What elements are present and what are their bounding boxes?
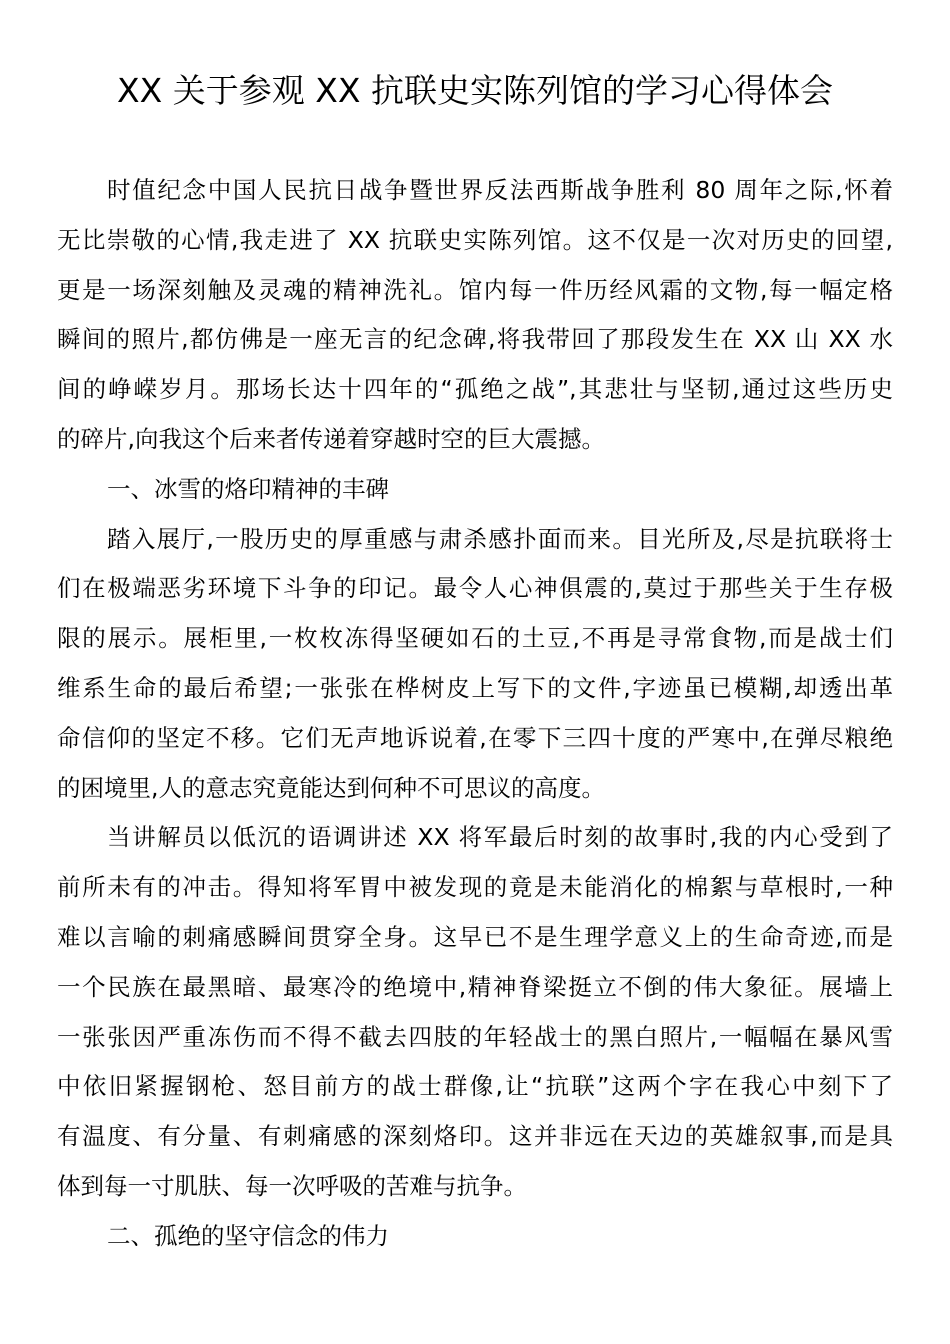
section-heading-2: 二、孤绝的坚守信念的伟力 bbox=[57, 1212, 893, 1262]
text-line: 命信仰的坚定不移。它们无声地诉说着,在零下三四十度的严寒中,在弹尽粮绝 bbox=[57, 714, 893, 764]
text-line: 限的展示。展柜里,一枚枚冻得坚硬如石的土豆,不再是寻常食物,而是战士们 bbox=[57, 614, 893, 664]
text-line: 们在极端恶劣环境下斗争的印记。最令人心神俱震的,莫过于那些关于生存极 bbox=[57, 564, 893, 614]
text-line: 有温度、有分量、有刺痛感的深刻烙印。这并非远在天边的英雄叙事,而是具 bbox=[57, 1112, 893, 1162]
text-line: 体到每一寸肌肤、每一次呼吸的苦难与抗争。 bbox=[57, 1162, 893, 1212]
paragraph-intro: 时值纪念中国人民抗日战争暨世界反法西斯战争胜利 80 周年之际,怀着 无比崇敬的… bbox=[57, 166, 893, 465]
text-line: 维系生命的最后希望;一张张在桦树皮上写下的文件,字迹虽已模糊,却透出革 bbox=[57, 664, 893, 714]
text-line: 无比崇敬的心情,我走进了 XX 抗联史实陈列馆。这不仅是一次对历史的回望, bbox=[57, 216, 893, 266]
text-line: 一个民族在最黑暗、最寒冷的绝境中,精神脊梁挺立不倒的伟大象征。展墙上 bbox=[57, 963, 893, 1013]
document-title: XX 关于参观 XX 抗联史实陈列馆的学习心得体会 bbox=[0, 66, 950, 116]
text-line: 难以言喻的刺痛感瞬间贯穿全身。这早已不是生理学意义上的生命奇迹,而是 bbox=[57, 913, 893, 963]
text-line: 的困境里,人的意志究竟能达到何种不可思议的高度。 bbox=[57, 764, 893, 814]
text-line: 踏入展厅,一股历史的厚重感与肃杀感扑面而来。目光所及,尽是抗联将士 bbox=[57, 515, 893, 565]
text-line: 的碎片,向我这个后来者传递着穿越时空的巨大震撼。 bbox=[57, 415, 893, 465]
document-body: 时值纪念中国人民抗日战争暨世界反法西斯战争胜利 80 周年之际,怀着 无比崇敬的… bbox=[57, 166, 893, 1262]
text-line: 一张张因严重冻伤而不得不截去四肢的年轻战士的黑白照片,一幅幅在暴风雪 bbox=[57, 1013, 893, 1063]
paragraph-general-story: 当讲解员以低沉的语调讲述 XX 将军最后时刻的故事时,我的内心受到了 前所未有的… bbox=[57, 813, 893, 1211]
paragraph-exhibit: 踏入展厅,一股历史的厚重感与肃杀感扑面而来。目光所及,尽是抗联将士 们在极端恶劣… bbox=[57, 515, 893, 814]
text-line: 中依旧紧握钢枪、怒目前方的战士群像,让“抗联”这两个字在我心中刻下了 bbox=[57, 1062, 893, 1112]
text-line: 更是一场深刻触及灵魂的精神洗礼。馆内每一件历经风霜的文物,每一幅定格 bbox=[57, 266, 893, 316]
document-page: XX 关于参观 XX 抗联史实陈列馆的学习心得体会 时值纪念中国人民抗日战争暨世… bbox=[0, 0, 950, 1344]
text-line: 瞬间的照片,都仿佛是一座无言的纪念碑,将我带回了那段发生在 XX 山 XX 水 bbox=[57, 315, 893, 365]
section-heading-1: 一、冰雪的烙印精神的丰碑 bbox=[57, 465, 893, 515]
text-line: 前所未有的冲击。得知将军胃中被发现的竟是未能消化的棉絮与草根时,一种 bbox=[57, 863, 893, 913]
text-line: 当讲解员以低沉的语调讲述 XX 将军最后时刻的故事时,我的内心受到了 bbox=[57, 813, 893, 863]
text-line: 时值纪念中国人民抗日战争暨世界反法西斯战争胜利 80 周年之际,怀着 bbox=[57, 166, 893, 216]
text-line: 间的峥嵘岁月。那场长达十四年的“孤绝之战”,其悲壮与坚韧,通过这些历史 bbox=[57, 365, 893, 415]
